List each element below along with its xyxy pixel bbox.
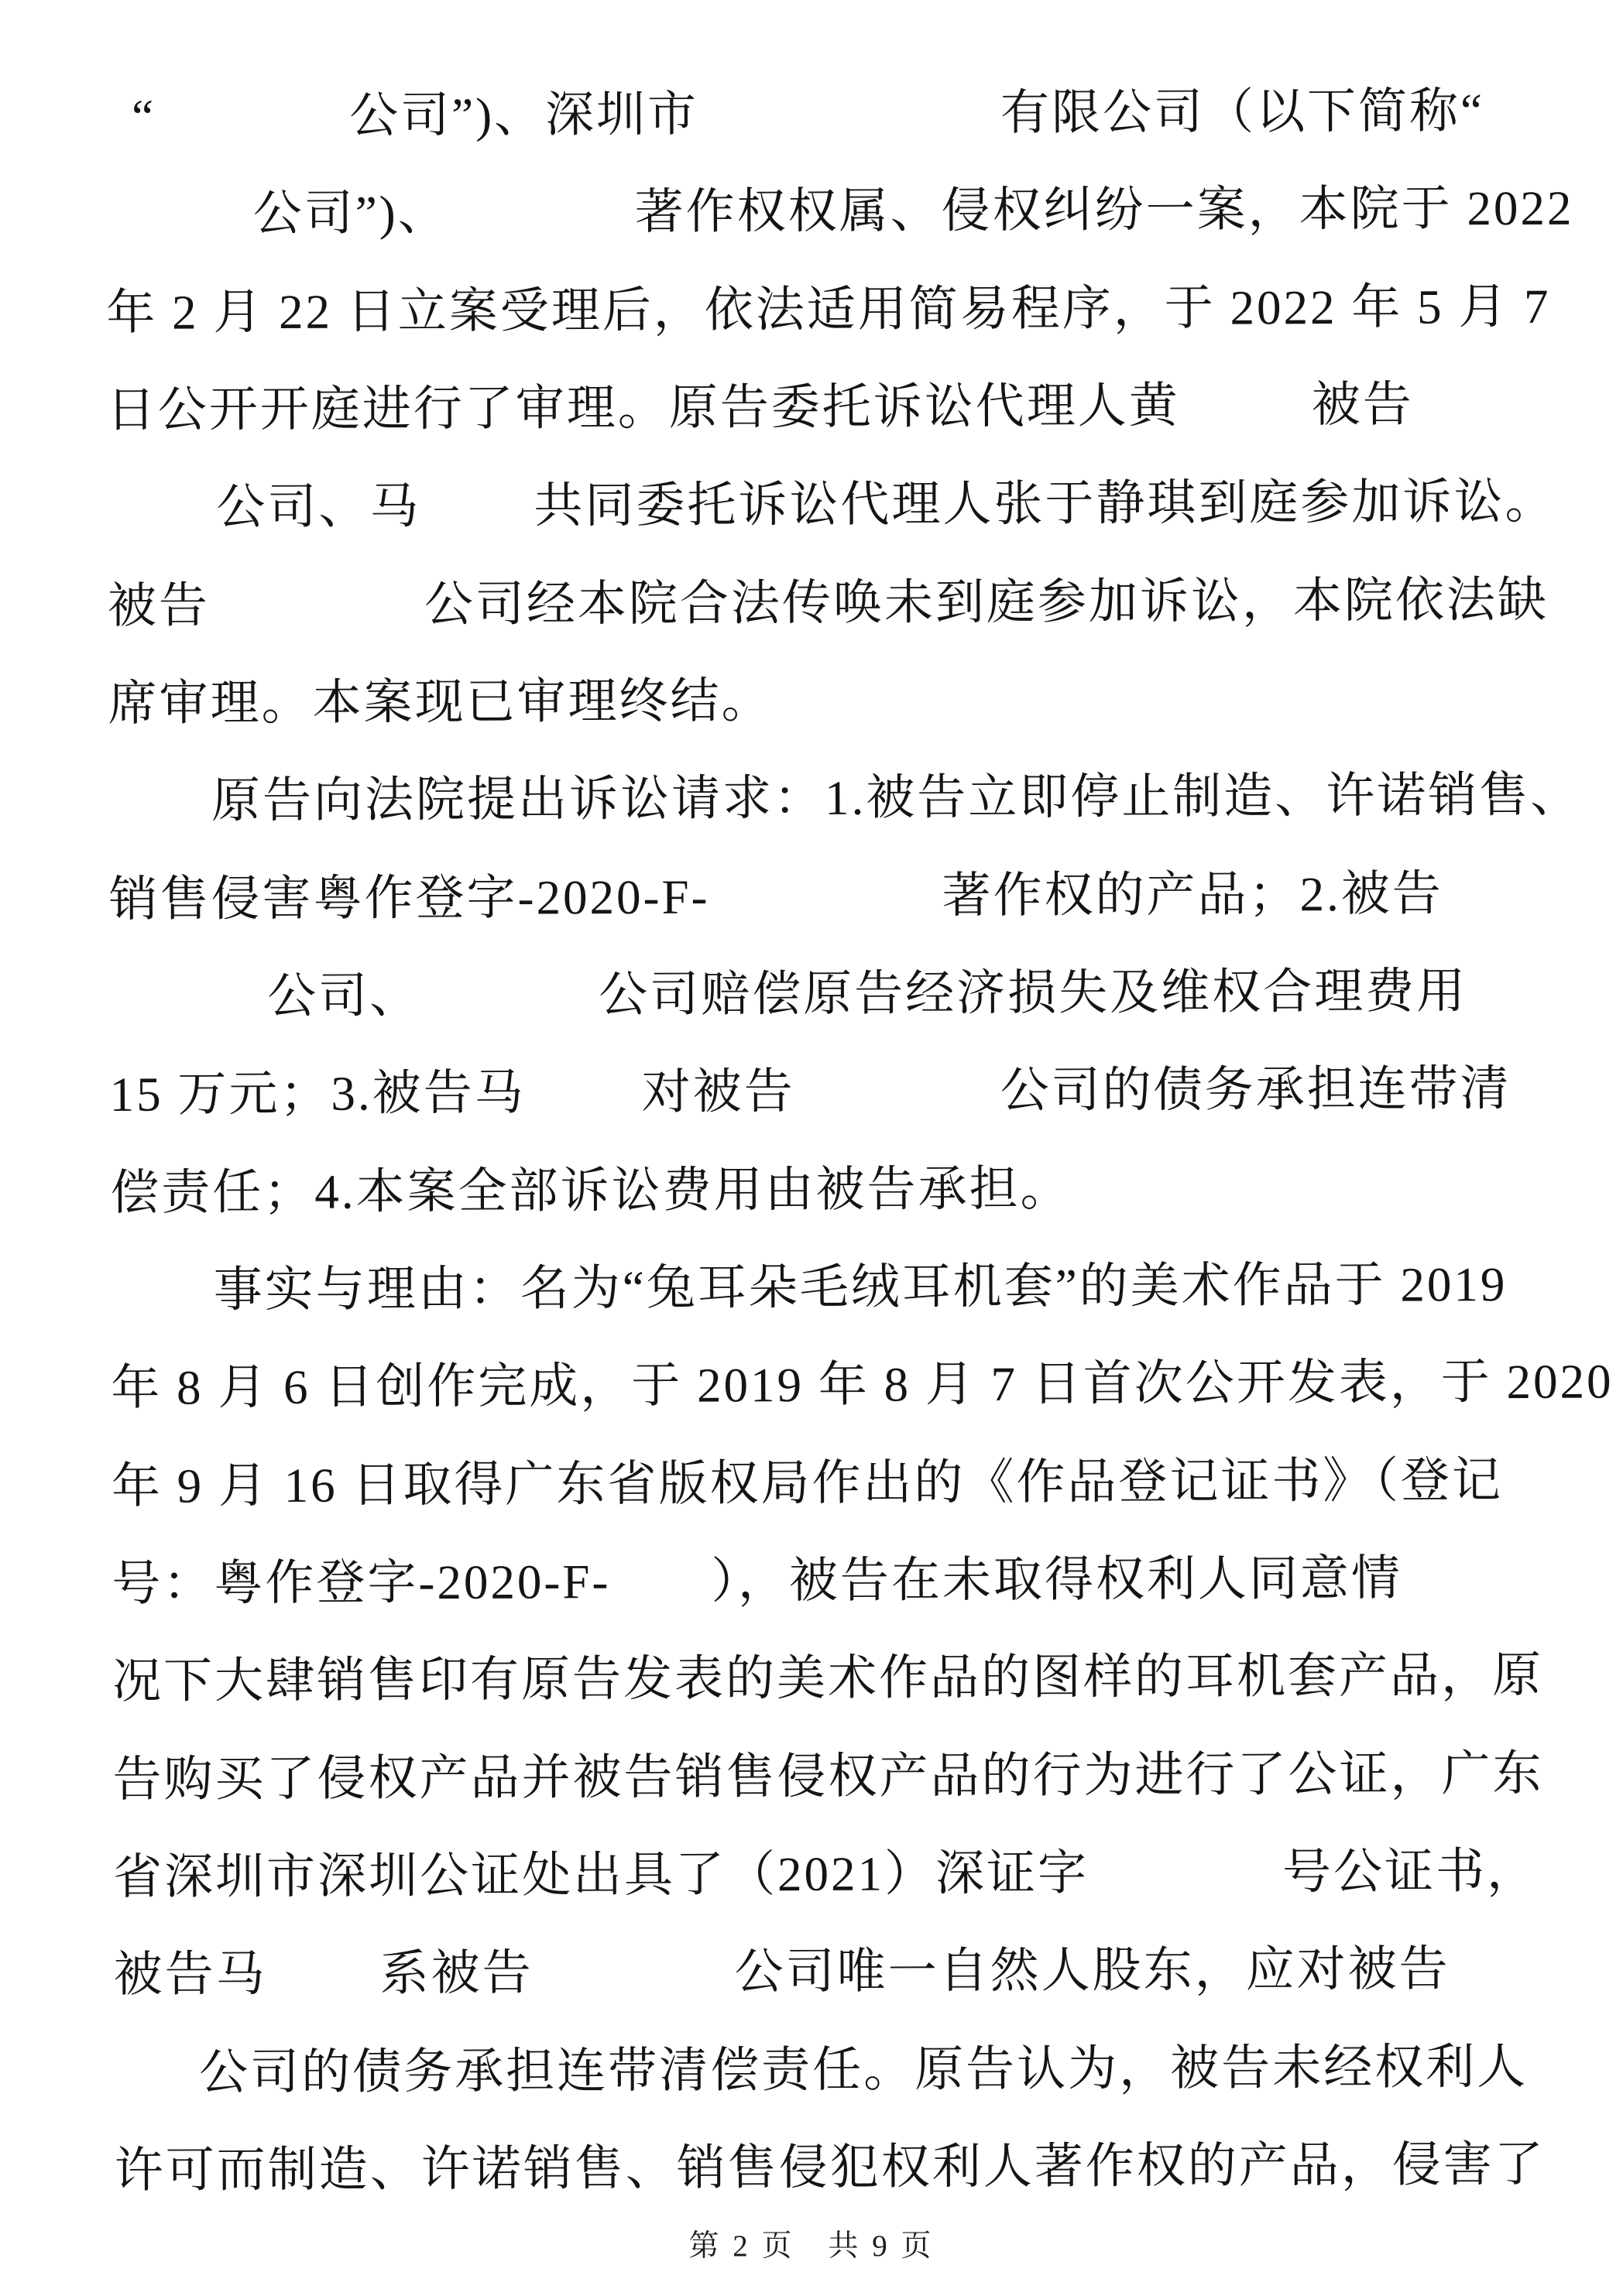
document-page: “公司”)、深圳市有限公司（以下简称“公司”)、著作权权属、侵权纠纷一案，本院于… bbox=[0, 0, 1623, 2296]
text-line: 年 8 月 6 日创作完成，于 2019 年 8 月 7 日首次公开发表，于 2… bbox=[111, 1332, 1614, 1436]
text-segment: 公司、马 bbox=[216, 457, 421, 556]
redaction-gap bbox=[420, 521, 534, 523]
text-line: 告购买了侵权产品并被告销售侵权产品的行为进行了公证，广东 bbox=[112, 1725, 1544, 1828]
text-segment: 原告向法院提出诉讼请求：1.被告立即停止制造、许诺销售、 bbox=[211, 746, 1582, 850]
text-segment: 公司”)、 bbox=[252, 164, 449, 262]
text-line: 销售侵害粤作登字-2020-F-著作权的产品；2.被告 bbox=[108, 845, 1443, 948]
redaction-gap bbox=[449, 227, 635, 229]
text-line: 事实与理由：名为“兔耳朵毛绒耳机套”的美术作品于 2019 bbox=[214, 1235, 1508, 1338]
text-line: 号：粤作登字-2020-F-），被告在未取得权利人同意情 bbox=[112, 1530, 1402, 1633]
text-segment: 被告 bbox=[108, 557, 211, 655]
text-line: “公司”)、深圳市有限公司（以下简称“ bbox=[132, 62, 1484, 166]
text-segment: 公司经本院合法传唤未到庭参加诉讼，本院依法缺 bbox=[424, 551, 1549, 653]
text-segment: 被告 bbox=[1312, 356, 1415, 454]
text-line: 省深圳市深圳公证处出具了（2021）深证字号公证书， bbox=[113, 1822, 1539, 1926]
text-segment: “ bbox=[132, 68, 156, 166]
text-segment: 著作权的产品；2.被告 bbox=[942, 845, 1443, 944]
text-line: 公司的债务承担连带清偿责任。原告认为，被告未经权利人 bbox=[114, 2018, 1529, 2122]
text-segment: 共同委托诉讼代理人张于静琪到庭参加诉讼。 bbox=[534, 453, 1556, 555]
text-segment: 年 2 月 22 日立案受理后，依法适用简易程序，于 2022 年 5 月 7 bbox=[106, 258, 1551, 362]
redaction-gap bbox=[1180, 420, 1312, 422]
redaction-gap bbox=[534, 1986, 735, 1989]
text-line: 公司、马共同委托诉讼代理人张于静琪到庭参加诉讼。 bbox=[216, 453, 1556, 557]
text-segment: 席审理。本案现已审理终结。 bbox=[108, 652, 773, 752]
text-line: 年 9 月 16 日取得广东省版权局作出的《作品登记证书》（登记 bbox=[112, 1431, 1504, 1535]
text-segment: 系被告 bbox=[379, 1924, 534, 2023]
text-segment: 许可而制造、许诺销售、销售侵犯权利人著作权的产品，侵害了 bbox=[114, 2116, 1546, 2219]
redaction-gap bbox=[114, 2087, 199, 2089]
text-line: 被告公司经本院合法传唤未到庭参加诉讼，本院依法缺 bbox=[108, 551, 1549, 655]
text-segment: 号：粤作登字-2020-F- bbox=[112, 1533, 611, 1633]
text-segment: 日公开开庭进行了审理。原告委托诉讼代理人黄 bbox=[107, 357, 1181, 459]
text-segment: 省深圳市深圳公证处出具了（2021）深证字 bbox=[113, 1824, 1089, 1925]
text-segment: 年 8 月 6 日创作完成，于 2019 年 8 月 7 日首次公开发表，于 2… bbox=[111, 1332, 1614, 1436]
text-segment: 对被告 bbox=[641, 1043, 795, 1141]
text-segment: 销售侵害粤作登字-2020-F- bbox=[108, 848, 710, 948]
text-segment: 被告马 bbox=[113, 1925, 267, 2024]
redaction-gap bbox=[156, 131, 349, 133]
text-segment: 公司唯一自然人股东，应对被告 bbox=[734, 1920, 1450, 2020]
text-line: 公司”)、著作权权属、侵权纠纷一案，本院于 2022 bbox=[252, 159, 1573, 262]
text-line: 被告马系被告公司唯一自然人股东，应对被告 bbox=[113, 1920, 1450, 2024]
text-segment: 有限公司（以下简称“ bbox=[1000, 62, 1485, 162]
page-footer: 第 2 页 共 9 页 bbox=[0, 2223, 1623, 2270]
redaction-gap bbox=[698, 128, 1000, 131]
text-line: 席审理。本案现已审理终结。 bbox=[108, 652, 773, 752]
text-line: 偿责任；4.本案全部诉讼费用由被告承担。 bbox=[110, 1140, 1072, 1242]
text-segment: 事实与理由：名为“兔耳朵毛绒耳机套”的美术作品于 2019 bbox=[214, 1235, 1508, 1338]
text-line: 公司、公司赔偿原告经济损失及维权合理费用 bbox=[267, 942, 1468, 1045]
text-segment: 公司、 bbox=[267, 947, 421, 1045]
redaction-gap bbox=[210, 619, 424, 622]
text-line: 日公开开庭进行了审理。原告委托诉讼代理人黄被告 bbox=[107, 356, 1415, 459]
text-segment: 告购买了侵权产品并被告销售侵权产品的行为进行了公证，广东 bbox=[112, 1725, 1544, 1828]
text-segment: 15 万元；3.被告马 bbox=[109, 1044, 526, 1143]
redaction-gap bbox=[1089, 1886, 1282, 1889]
text-line: 原告向法院提出诉讼请求：1.被告立即停止制造、许诺销售、 bbox=[211, 746, 1582, 850]
text-segment: 公司的债务承担连带清偿责任。原告认为，被告未经权利人 bbox=[199, 2018, 1529, 2121]
text-segment: 号公证书， bbox=[1282, 1822, 1539, 1921]
redaction-gap bbox=[526, 1107, 642, 1109]
redaction-gap bbox=[710, 910, 942, 913]
redaction-gap bbox=[795, 1105, 1000, 1108]
text-line: 许可而制造、许诺销售、销售侵犯权利人著作权的产品，侵害了 bbox=[114, 2116, 1546, 2219]
text-line: 况下大肆销售印有原告发表的美术作品的图样的耳机套产品，原 bbox=[112, 1626, 1544, 1730]
text-line: 15 万元；3.被告马对被告公司的债务承担连带清 bbox=[109, 1040, 1511, 1143]
text-segment: 著作权权属、侵权纠纷一案，本院于 2022 bbox=[634, 159, 1573, 261]
text-segment: 公司”)、深圳市 bbox=[349, 66, 698, 165]
redaction-gap bbox=[611, 1596, 712, 1599]
redaction-gap bbox=[267, 1988, 380, 1990]
document-lines: “公司”)、深圳市有限公司（以下简称“公司”)、著作权权属、侵权纠纷一案，本院于… bbox=[0, 0, 1623, 2296]
text-segment: ），被告在未取得权利人同意情 bbox=[711, 1530, 1402, 1630]
text-segment: 年 9 月 16 日取得广东省版权局作出的《作品登记证书》（登记 bbox=[112, 1431, 1504, 1535]
text-line: 年 2 月 22 日立案受理后，依法适用简易程序，于 2022 年 5 月 7 bbox=[106, 258, 1551, 362]
redaction-gap bbox=[420, 1009, 599, 1012]
text-segment: 公司赔偿原告经济损失及维权合理费用 bbox=[599, 942, 1468, 1043]
text-segment: 偿责任；4.本案全部诉讼费用由被告承担。 bbox=[110, 1140, 1072, 1242]
text-segment: 况下大肆销售印有原告发表的美术作品的图样的耳机套产品，原 bbox=[112, 1626, 1544, 1730]
text-segment: 公司的债务承担连带清 bbox=[1000, 1040, 1511, 1139]
